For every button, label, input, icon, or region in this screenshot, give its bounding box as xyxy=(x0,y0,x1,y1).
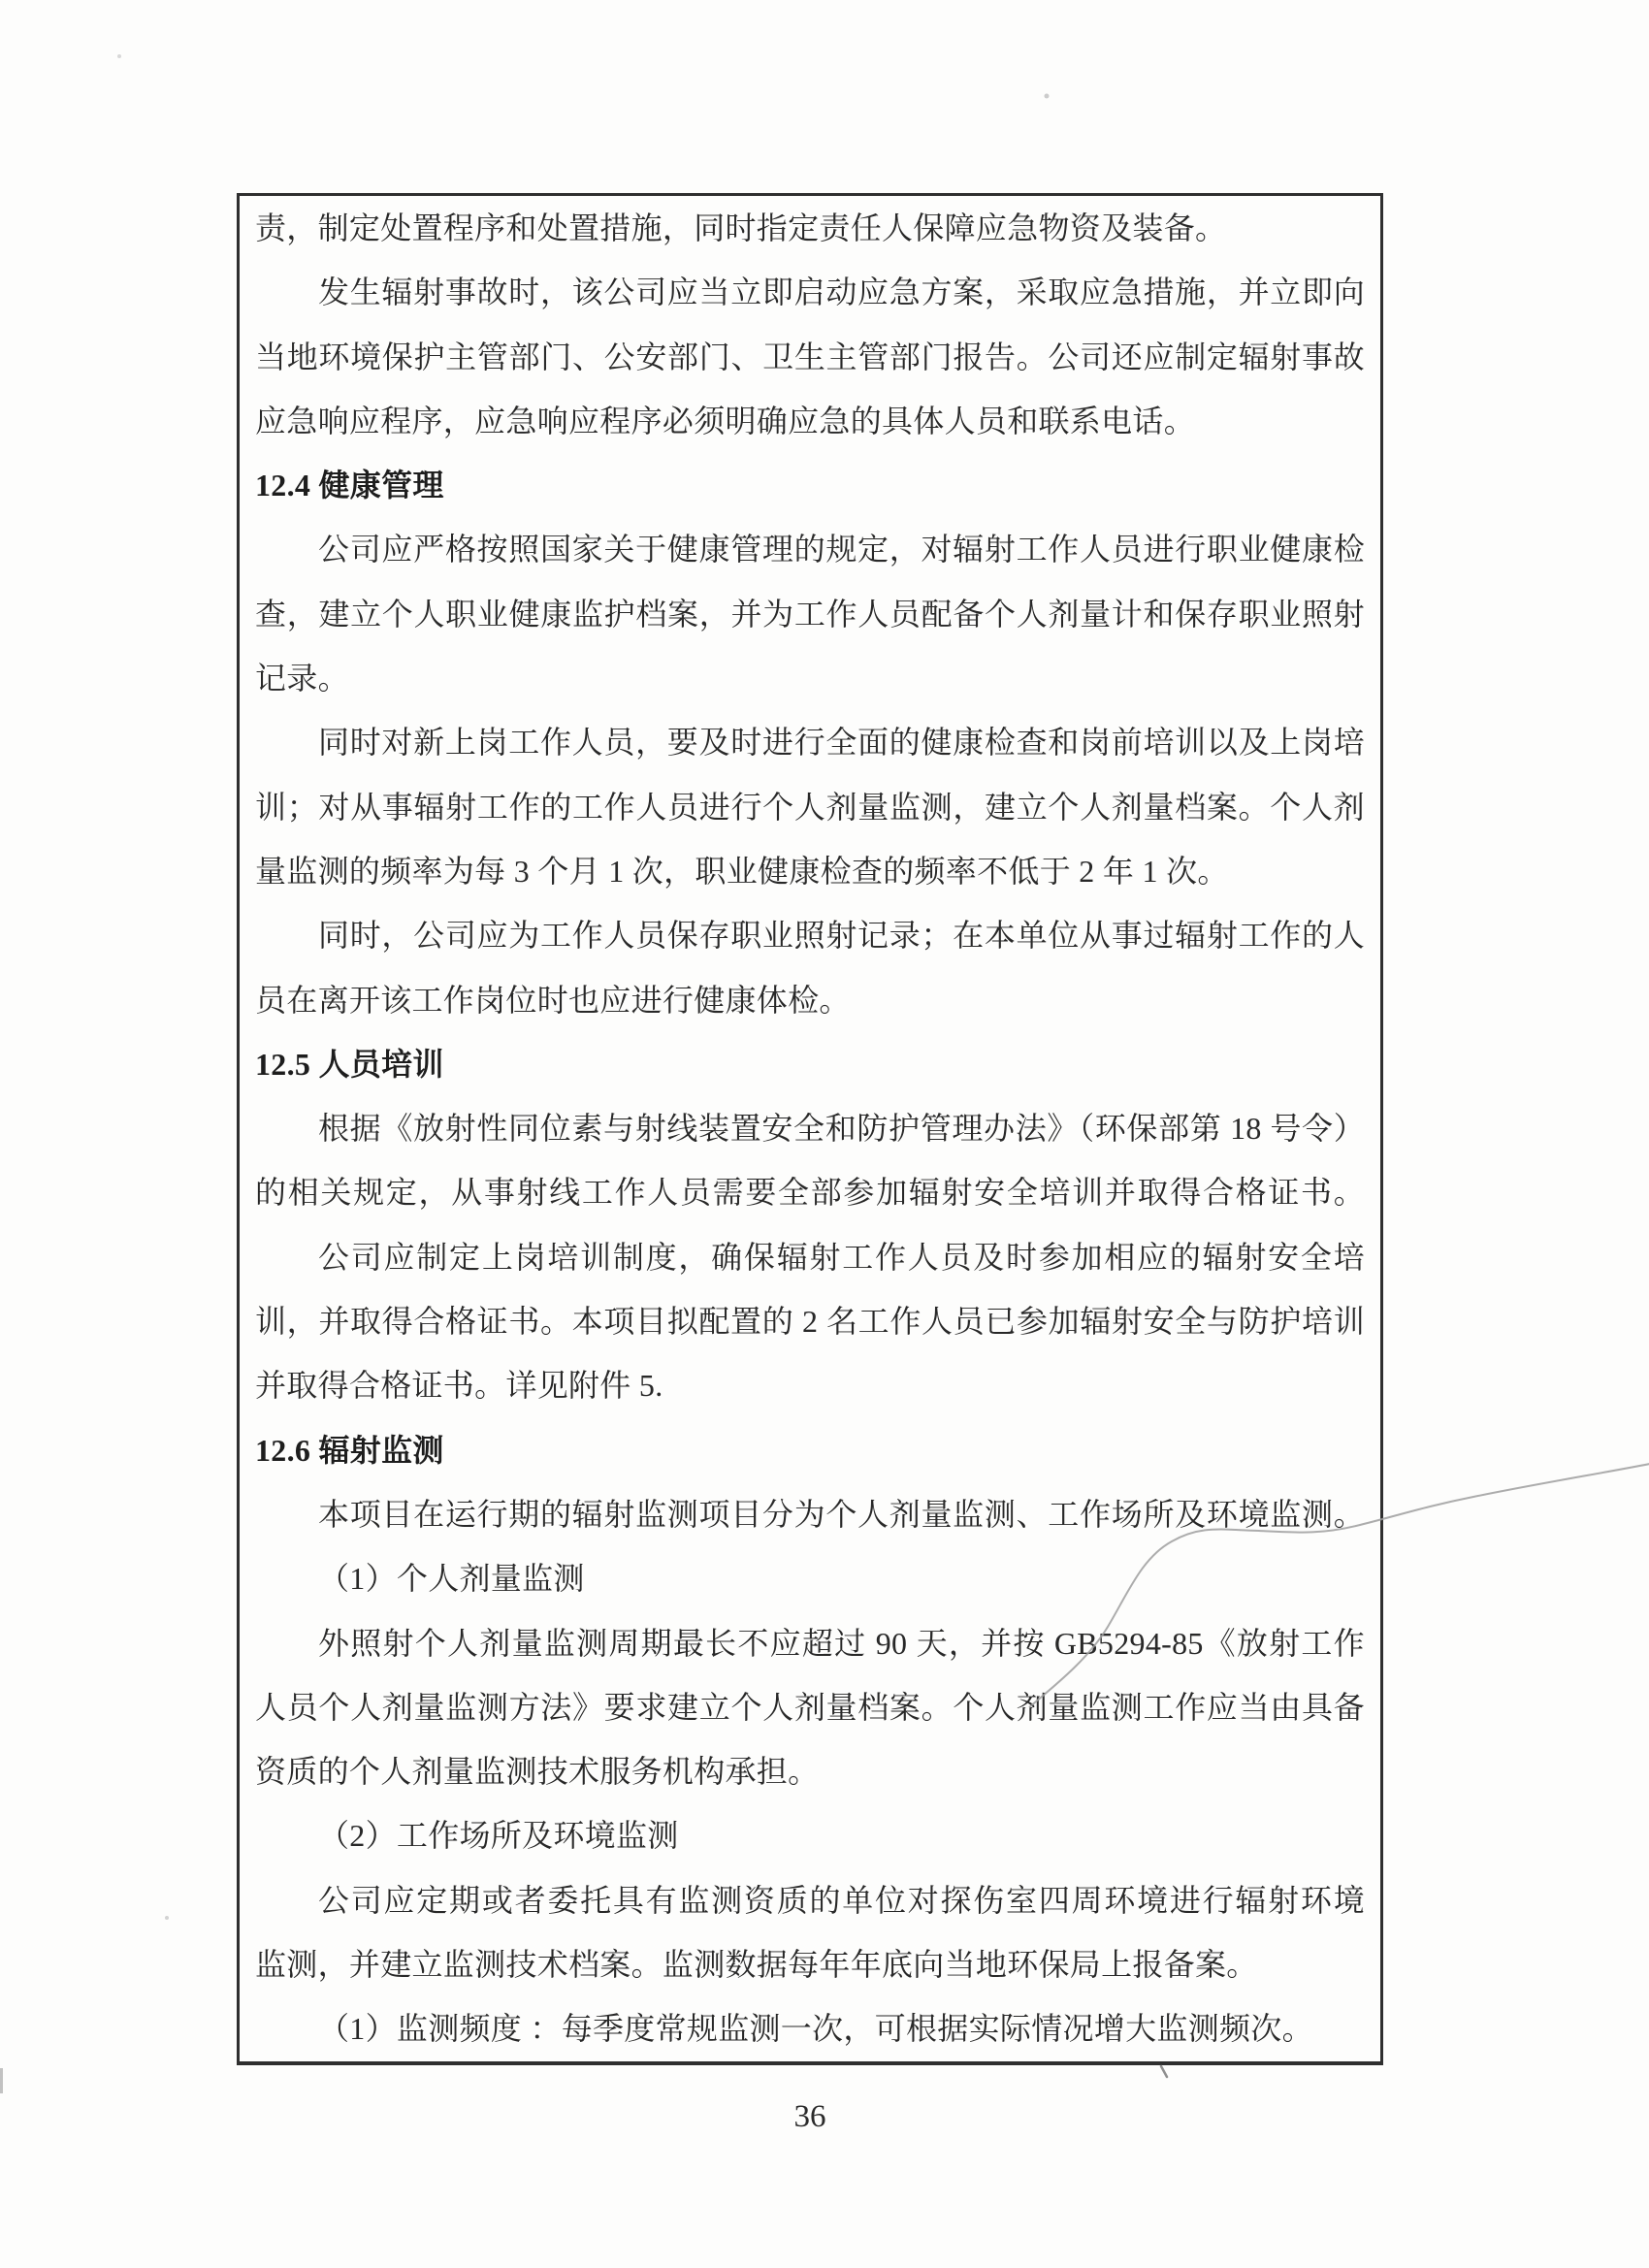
scan-speck xyxy=(165,1916,169,1920)
text-line: 公司应定期或者委托具有监测资质的单位对探伤室四周环境进行辐射环境 xyxy=(255,1868,1365,1932)
page-number: 36 xyxy=(237,2095,1383,2138)
text-line: 根据《放射性同位素与射线装置安全和防护管理办法》（环保部第 18 号令） xyxy=(255,1096,1365,1160)
text-line: 外照射个人剂量监测周期最长不应超过 90 天，并按 GB5294-85《放射工作 xyxy=(255,1611,1365,1675)
text-line: 当地环境保护主管部门、公安部门、卫生主管部门报告。公司还应制定辐射事故 xyxy=(255,325,1365,389)
section-heading: 12.5 人员培训 xyxy=(255,1032,1365,1096)
scan-speck xyxy=(117,54,121,58)
text-line: 训，并取得合格证书。本项目拟配置的 2 名工作人员已参加辐射安全与防护培训 xyxy=(255,1289,1365,1353)
text-line: 并取得合格证书。详见附件 5. xyxy=(255,1353,1365,1417)
section-heading: 12.6 辐射监测 xyxy=(255,1418,1365,1482)
section-heading: 12.4 健康管理 xyxy=(255,453,1365,517)
text-line: （1）监测频度 ：每季度常规监测一次，可根据实际情况增大监测频次。 xyxy=(255,1996,1365,2060)
text-line: 量监测的频率为每 3 个月 1 次，职业健康检查的频率不低于 2 年 1 次。 xyxy=(255,839,1365,903)
text-line: 责，制定处置程序和处置措施，同时指定责任人保障应急物资及装备。 xyxy=(255,196,1365,260)
text-line: 员在离开该工作岗位时也应进行健康体检。 xyxy=(255,968,1365,1032)
text-line: 人员个人剂量监测方法》要求建立个人剂量档案。个人剂量监测工作应当由具备 xyxy=(255,1675,1365,1739)
text-line: 训；对从事辐射工作的工作人员进行个人剂量监测，建立个人剂量档案。个人剂 xyxy=(255,775,1365,839)
text-line: 同时，公司应为工作人员保存职业照射记录；在本单位从事过辐射工作的人 xyxy=(255,903,1365,967)
text-line: 本项目在运行期的辐射监测项目分为个人剂量监测、工作场所及环境监测。 xyxy=(255,1482,1365,1546)
text-line: 的相关规定，从事射线工作人员需要全部参加辐射安全培训并取得合格证书。 xyxy=(255,1160,1365,1224)
text-line: 查，建立个人职业健康监护档案，并为工作人员配备个人剂量计和保存职业照射 xyxy=(255,582,1365,646)
text-line: 资质的个人剂量监测技术服务机构承担。 xyxy=(255,1739,1365,1803)
scan-speck xyxy=(1161,2066,1167,2077)
scanned-document-page: 责，制定处置程序和处置措施，同时指定责任人保障应急物资及装备。发生辐射事故时，该… xyxy=(0,0,1649,2268)
text-line: 公司应严格按照国家关于健康管理的规定，对辐射工作人员进行职业健康检 xyxy=(255,517,1365,581)
document-frame: 责，制定处置程序和处置措施，同时指定责任人保障应急物资及装备。发生辐射事故时，该… xyxy=(237,193,1383,2065)
scan-edge-mark xyxy=(0,2068,3,2093)
text-line: 监测，并建立监测技术档案。监测数据每年年底向当地环保局上报备案。 xyxy=(255,1932,1365,1996)
text-line: 同时对新上岗工作人员，要及时进行全面的健康检查和岗前培训以及上岗培 xyxy=(255,710,1365,774)
text-line: 公司应制定上岗培训制度，确保辐射工作人员及时参加相应的辐射安全培 xyxy=(255,1225,1365,1289)
text-line: （2）工作场所及环境监测 xyxy=(255,1803,1365,1867)
text-line: 发生辐射事故时，该公司应当立即启动应急方案，采取应急措施，并立即向 xyxy=(255,260,1365,324)
text-line: 应急响应程序，应急响应程序必须明确应急的具体人员和联系电话。 xyxy=(255,389,1365,453)
text-line: 记录。 xyxy=(255,646,1365,710)
scan-speck xyxy=(1045,94,1050,99)
text-line: （1）个人剂量监测 xyxy=(255,1546,1365,1610)
